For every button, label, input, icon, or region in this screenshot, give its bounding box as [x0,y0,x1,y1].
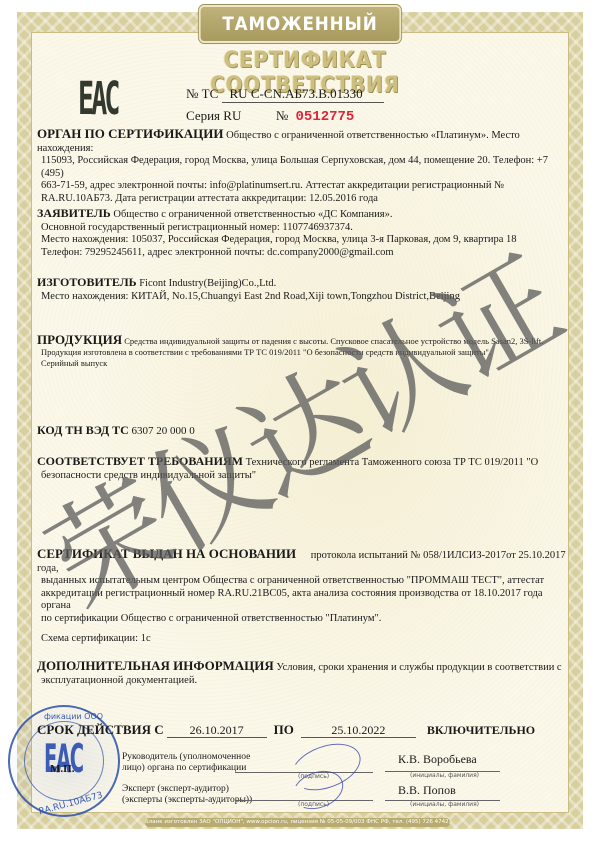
section-lead: Общество с ограниченной ответственностью… [113,209,392,220]
section-line: RA.RU.10АБ73. Дата регистрации аттестата… [41,193,570,206]
section-line: Продукция изготовлена в соответствии с т… [41,347,570,358]
section-line: безопасности средств индивидуальной защи… [41,470,570,483]
section-heading: КОД ТН ВЭД ТС [37,423,129,437]
cert-number-label: № ТС [186,86,218,101]
section-heading: ИЗГОТОВИТЕЛЬ [37,275,137,289]
section-certification-body: ОРГАН ПО СЕРТИФИКАЦИИ Общество с огранич… [37,128,570,205]
series-line: Серия RU № 0512775 [186,108,354,125]
section-line: по сертификации Общество с ограниченной … [41,613,570,626]
validity-to-label: ПО [274,722,294,737]
section-line: аккредитации регистрационный номер RA.RU… [41,588,570,613]
series-value: RU [223,108,241,123]
eac-logo-icon: EAC [78,72,118,125]
hs-code-value: 6307 20 000 0 [132,425,195,437]
customs-union-banner: ТАМОЖЕННЫЙ СОЮЗ [199,5,401,43]
section-line: Серийный выпуск [41,358,570,369]
section-heading: ДОПОЛНИТЕЛЬНАЯ ИНФОРМАЦИЯ [37,658,274,673]
cert-number-value: RU C-CN.АБ73.В.01330 [222,86,384,103]
section-manufacturer: ИЗГОТОВИТЕЛЬ Ficont Industry(Beijing)Co.… [37,276,570,303]
head-label-line: лицо) органа по сертификации [122,763,250,774]
expert-label-line: (эксперты (эксперты-аудиторы)) [122,795,252,806]
stamp-eac-icon: EAC [44,737,83,783]
section-line: Основной государственный регистрационный… [41,222,570,235]
section-lead: Средства индивидуальной защиты от падени… [124,336,543,346]
section-line: 663-71-59, адрес электронной почты: info… [41,180,570,193]
section-additional-info: ДОПОЛНИТЕЛЬНАЯ ИНФОРМАЦИЯ Условия, сроки… [37,660,570,687]
section-basis: СЕРТИФИКАТ ВЫДАН НА ОСНОВАНИИ протокола … [37,548,570,646]
section-validity: СРОК ДЕЙСТВИЯ С 26.10.2017 ПО 25.10.2022… [37,724,570,738]
certification-scheme: Схема сертификации: 1с [41,633,570,646]
validity-heading: СРОК ДЕЙСТВИЯ С [37,722,164,737]
blank-number-value: 0512775 [296,109,355,125]
section-line: Телефон: 79295245611, адрес электронной … [41,247,570,260]
expert-label-line: Эксперт (эксперт-аудитор) [122,784,252,795]
blank-number-label: № [276,108,288,123]
head-of-body-label: Руководитель (уполномоченное лицо) орган… [122,752,250,774]
section-line: Место нахождения: КИТАЙ, No.15,Chuangyi … [41,291,570,304]
section-line: Место нахождения: 105037, Российская Фед… [41,234,570,247]
head-name-caption: (инициалы, фамилия) [410,772,479,779]
section-product: ПРОДУКЦИЯ Средства индивидуальной защиты… [37,334,570,369]
section-heading: ПРОДУКЦИЯ [37,332,122,347]
head-label-line: Руководитель (уполномоченное [122,752,250,763]
seal-place-label: М.П. [50,763,74,775]
section-heading: СЕРТИФИКАТ ВЫДАН НА ОСНОВАНИИ [37,546,296,561]
section-line: эксплуатационной документацией. [41,675,570,688]
expert-label: Эксперт (эксперт-аудитор) (эксперты (экс… [122,784,252,806]
section-conformity: СООТВЕТСТВУЕТ ТРЕБОВАНИЯМ Технического р… [37,455,570,482]
section-applicant: ЗАЯВИТЕЛЬ Общество с ограниченной ответс… [37,207,570,259]
certificate-number: № ТС RU C-CN.АБ73.В.01330 [186,86,384,103]
section-lead: Условия, сроки хранения и службы продукц… [276,662,561,673]
section-hs-code: КОД ТН ВЭД ТС 6307 20 000 0 [37,424,570,438]
section-heading: СООТВЕТСТВУЕТ ТРЕБОВАНИЯМ [37,454,243,468]
section-lead: Ficont Industry(Beijing)Co.,Ltd. [139,278,276,289]
stamp-top-text: фикации ООО [44,712,103,721]
section-heading: ЗАЯВИТЕЛЬ [37,206,111,220]
expert-name: В.В. Попов [398,783,456,798]
head-name: К.В. Воробьева [398,752,477,767]
validity-inclusive: ВКЛЮЧИТЕЛЬНО [427,723,535,737]
validity-from: 26.10.2017 [167,724,267,738]
expert-name-caption: (инициалы, фамилия) [410,801,479,808]
section-heading: ОРГАН ПО СЕРТИФИКАЦИИ [37,126,224,141]
section-line: 115093, Российская Федерация, город Моск… [41,155,570,180]
section-lead: Технического регламента Таможенного союз… [246,457,539,468]
series-label: Серия [186,108,220,123]
section-line: выданных испытательным центром Общества … [41,575,570,588]
validity-to: 25.10.2022 [301,724,416,738]
form-printer-footer: Бланк изготовлен ЗАО "ОПЦИОН", www.opcio… [145,818,450,827]
